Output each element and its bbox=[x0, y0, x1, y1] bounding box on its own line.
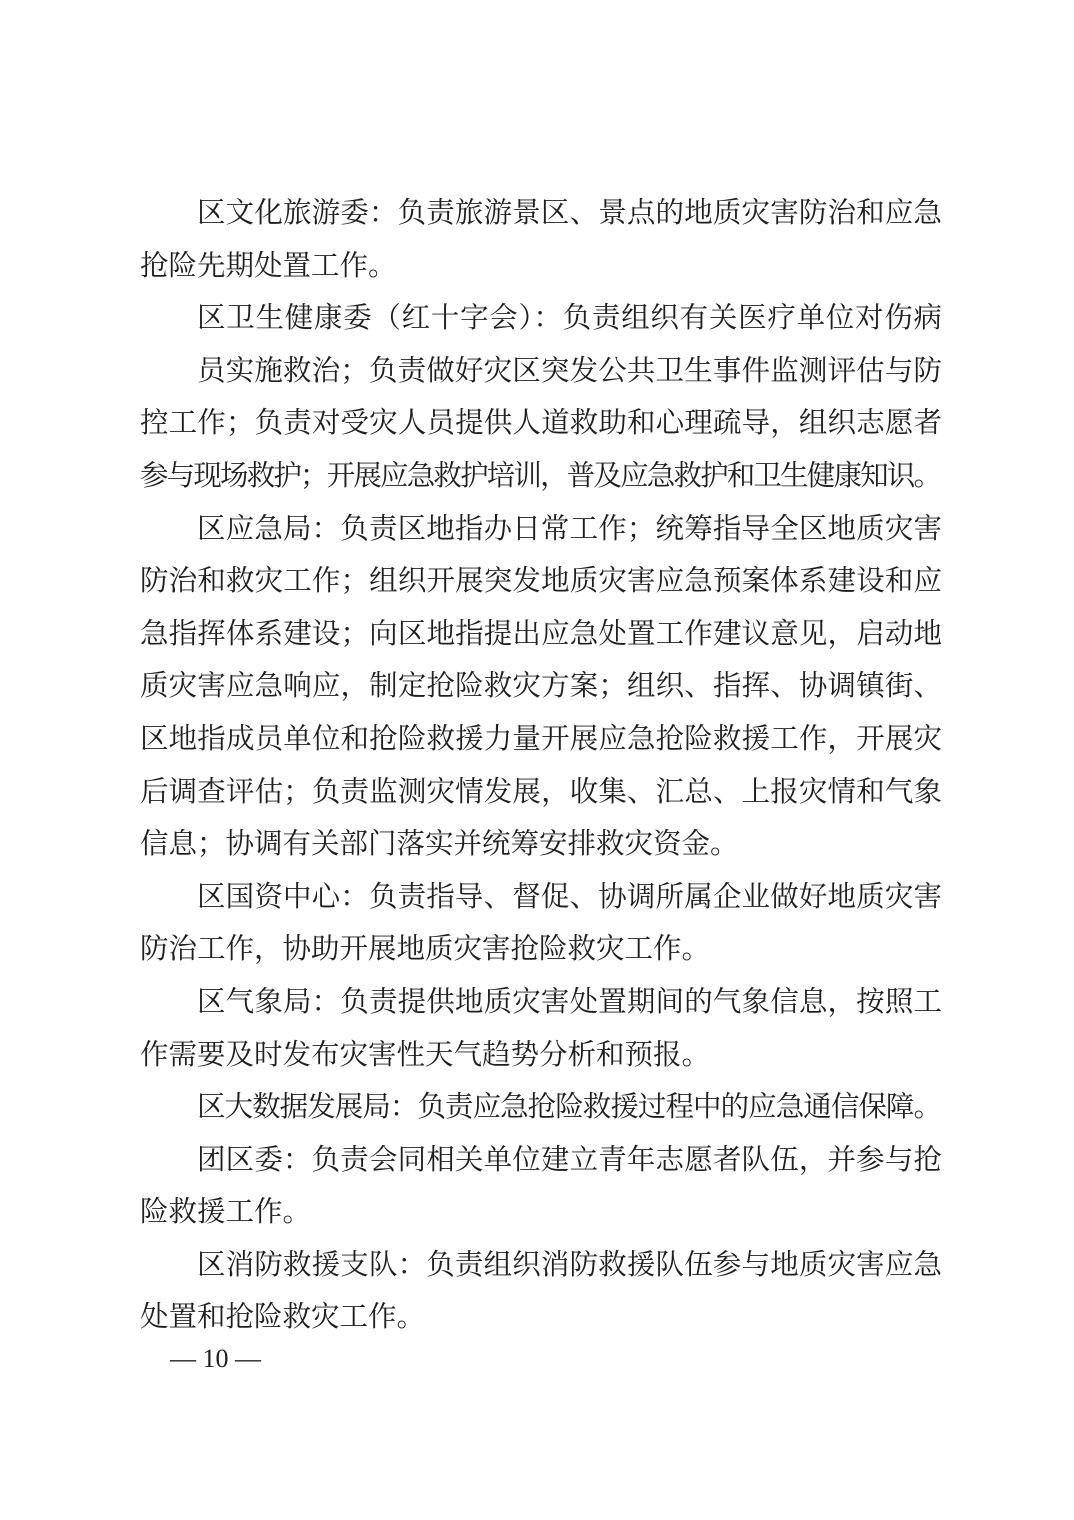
text-line: 控工作；负责对受灾人员提供人道救助和心理疏导，组织志愿者 bbox=[140, 398, 942, 451]
text-line: 信息；协调有关部门落实并统筹安排救灾资金。 bbox=[140, 819, 942, 872]
text-line: 后调查评估；负责监测灾情发展，收集、汇总、上报灾情和气象 bbox=[140, 767, 942, 820]
page-number: — 10 — bbox=[170, 1344, 261, 1374]
text-line: 质灾害应急响应，制定抢险救灾方案；组织、指挥、协调镇街、 bbox=[140, 661, 942, 714]
text-line: 区文化旅游委：负责旅游景区、景点的地质灾害防治和应急 bbox=[140, 188, 942, 241]
text-line: 区大数据发展局：负责应急抢险救援过程中的应急通信保障。 bbox=[140, 1082, 942, 1135]
text-line: 员实施救治；负责做好灾区突发公共卫生事件监测评估与防 bbox=[140, 346, 942, 399]
text-line: 防治工作，协助开展地质灾害抢险救灾工作。 bbox=[140, 924, 942, 977]
text-line: 急指挥体系建设；向区地指提出应急处置工作建议意见，启动地 bbox=[140, 609, 942, 662]
document-body: 区文化旅游委：负责旅游景区、景点的地质灾害防治和应急抢险先期处置工作。区卫生健康… bbox=[140, 188, 942, 1345]
text-line: 区消防救援支队：负责组织消防救援队伍参与地质灾害应急 bbox=[140, 1240, 942, 1293]
text-line: 处置和抢险救灾工作。 bbox=[140, 1292, 942, 1345]
text-line: 险救援工作。 bbox=[140, 1187, 942, 1240]
text-line: 区应急局：负责区地指办日常工作；统筹指导全区地质灾害 bbox=[140, 504, 942, 557]
text-line: 抢险先期处置工作。 bbox=[140, 241, 942, 294]
document-page: { "page": { "background_color": "#ffffff… bbox=[0, 0, 1074, 1520]
text-line: 团区委：负责会同相关单位建立青年志愿者队伍，并参与抢 bbox=[140, 1135, 942, 1188]
text-line: 区地指成员单位和抢险救援力量开展应急抢险救援工作，开展灾 bbox=[140, 714, 942, 767]
text-line: 防治和救灾工作；组织开展突发地质灾害应急预案体系建设和应 bbox=[140, 556, 942, 609]
text-line: 区气象局：负责提供地质灾害处置期间的气象信息，按照工 bbox=[140, 977, 942, 1030]
text-line: 区卫生健康委（红十字会）：负责组织有关医疗单位对伤病 bbox=[140, 293, 942, 346]
text-line: 参与现场救护；开展应急救护培训，普及应急救护和卫生健康知识。 bbox=[140, 451, 942, 504]
text-line: 区国资中心：负责指导、督促、协调所属企业做好地质灾害 bbox=[140, 872, 942, 925]
text-line: 作需要及时发布灾害性天气趋势分析和预报。 bbox=[140, 1030, 942, 1083]
